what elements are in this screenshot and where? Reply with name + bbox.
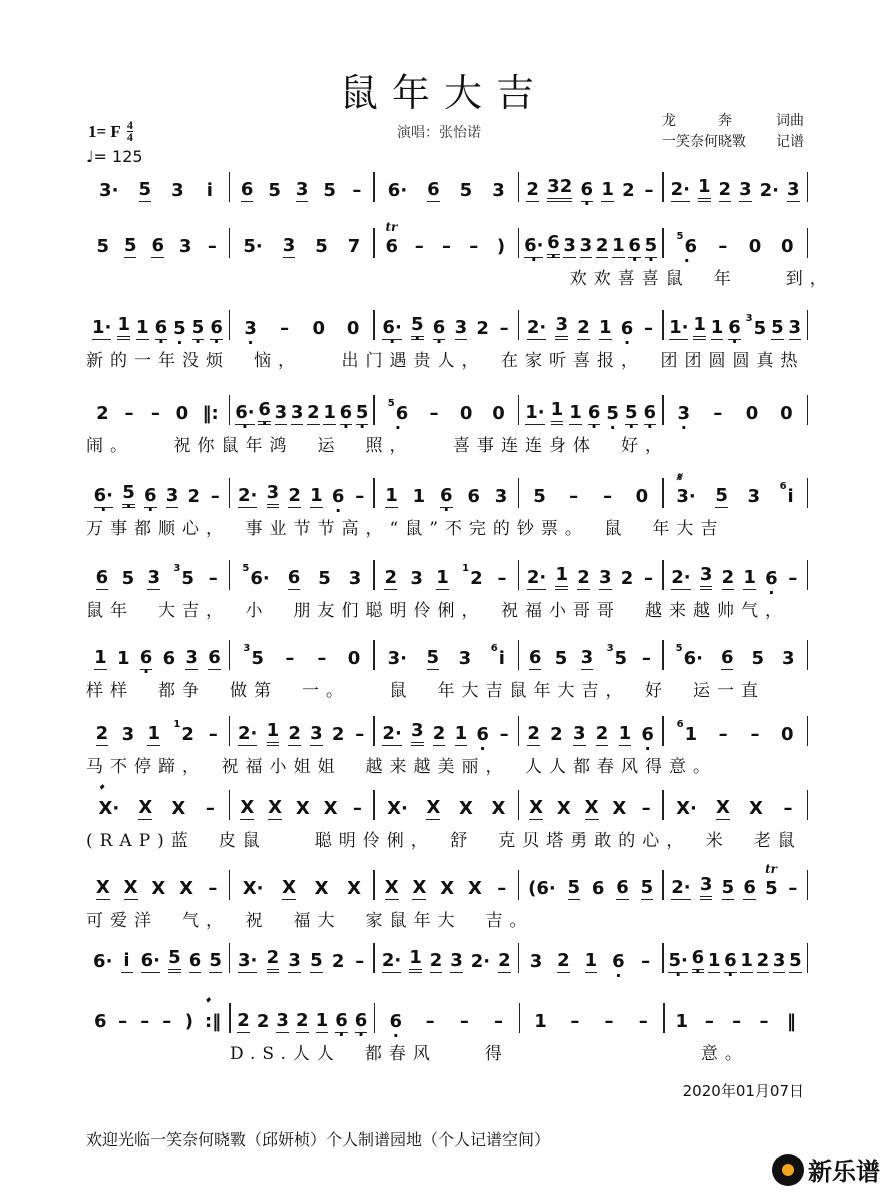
- note: 12: [173, 724, 194, 746]
- note: 3: [283, 235, 296, 258]
- note: 2: [719, 179, 732, 202]
- note: 3: [122, 724, 135, 746]
- measure: 5––0: [519, 486, 662, 508]
- note: 6i̇: [780, 486, 794, 508]
- note: –: [703, 1011, 715, 1033]
- note: 1: [612, 235, 625, 258]
- note: 1: [436, 567, 449, 590]
- note: 6: [616, 877, 629, 900]
- note: 5: [460, 180, 473, 202]
- measure: 1·1163553: [664, 314, 807, 340]
- note: 2: [237, 1010, 250, 1033]
- song-title: 鼠年大吉: [0, 62, 888, 117]
- vinyl-disc-icon: [772, 1154, 804, 1186]
- note: 2: [96, 723, 109, 746]
- lyrics-line: 可爱洋 气， 祝 福大 家鼠年大 吉。: [86, 906, 808, 932]
- note: 3: [166, 485, 179, 508]
- staff-line: 2––0‖:6·633216556–001·1165563–00闹。 祝你鼠年鸿…: [86, 395, 808, 457]
- note: –: [123, 403, 135, 425]
- notation-row: 1·1165563–006·5632–2·3216–1·1163553: [86, 310, 808, 340]
- barline: [807, 870, 809, 900]
- note: 2·: [671, 179, 690, 202]
- note: 5: [315, 236, 328, 258]
- barline: [807, 790, 809, 820]
- note: –: [637, 1011, 649, 1033]
- note: 2: [307, 402, 320, 425]
- note: 2·: [671, 877, 690, 900]
- note: 5: [751, 648, 764, 670]
- notation-row: 5563–5·3576tr–––)6·633216556–00: [86, 228, 808, 258]
- note: 5: [168, 947, 181, 973]
- measure: 2232166: [231, 1010, 374, 1033]
- note: 2: [296, 1010, 309, 1033]
- staff-line: XXXX–X·XXXXXXX–(6·56652·3565tr–可爱洋 气， 祝 …: [86, 870, 808, 932]
- note: 1: [147, 723, 160, 746]
- measure: 6535–: [230, 179, 373, 202]
- note: X: [296, 798, 310, 820]
- measure: 2·1232·2: [375, 947, 518, 973]
- note: 6: [155, 317, 168, 340]
- note: 5: [568, 877, 581, 900]
- note: 6: [433, 317, 446, 340]
- note: 0: [746, 403, 759, 425]
- measure: 3–00: [664, 403, 807, 425]
- note: 1·: [92, 317, 111, 340]
- barline: [807, 395, 809, 425]
- lyrics-line: 马不停蹄， 祝福小姐姐 越来越美丽， 人人都春风得意。: [86, 752, 808, 778]
- note: 6·: [141, 950, 160, 973]
- note: –: [643, 180, 655, 202]
- note: 3: [267, 482, 280, 508]
- barline: [807, 172, 809, 202]
- note: –: [787, 568, 799, 590]
- note: 6: [765, 568, 778, 590]
- measure: 116636: [86, 647, 229, 670]
- note: 1: [599, 317, 612, 340]
- measure: 2·3216–: [664, 564, 807, 590]
- measure: 3216–: [519, 950, 662, 973]
- footer-note: 欢迎光临一笑奈何晓斁（邱妍桢）个人制谱园地（个人记谱空间）: [86, 1127, 550, 1150]
- note: 5: [356, 402, 369, 425]
- note: X: [557, 798, 571, 820]
- note: 2·: [760, 180, 779, 202]
- measure: 232612–: [519, 176, 662, 202]
- note: 3: [581, 647, 594, 670]
- measure: 56–00: [375, 403, 518, 425]
- transcriber-role: 记谱: [776, 132, 804, 153]
- tempo-marking: ♩= 125: [86, 147, 143, 166]
- note: 0: [460, 403, 473, 425]
- note: 12: [462, 568, 483, 590]
- barline: [807, 943, 809, 973]
- note: 0: [348, 648, 361, 670]
- note: –: [603, 1011, 615, 1033]
- note: 0: [492, 403, 505, 425]
- measure: 6·6332165: [519, 232, 662, 258]
- note: 5: [606, 403, 619, 425]
- note: 5: [96, 236, 109, 258]
- note: 3: [700, 564, 713, 590]
- note: –: [458, 1011, 470, 1033]
- note: 3: [296, 179, 309, 202]
- measure: 6–––):‖𝄌: [86, 1011, 229, 1033]
- measure: 56·653: [664, 647, 807, 670]
- note: 1: [585, 950, 598, 973]
- measure: 3·536i̇: [375, 647, 518, 670]
- note: 6: [547, 232, 560, 258]
- measure: 2·3216–: [375, 720, 518, 746]
- note: 3: [789, 317, 802, 340]
- note: 6·: [382, 317, 401, 340]
- note: 5: [625, 402, 638, 425]
- note: 2: [288, 723, 301, 746]
- note: 1: [743, 567, 756, 590]
- measure: X·XX–: [664, 797, 807, 820]
- staff-line: 1·1165563–006·5632–2·3216–1·1163553新的一年没…: [86, 310, 808, 372]
- note: 1: [316, 1010, 329, 1033]
- note: 6·: [388, 180, 407, 202]
- note: 2: [430, 950, 443, 973]
- measure: 2·3565tr–: [664, 874, 807, 900]
- note: 6: [151, 235, 164, 258]
- note: 56·: [242, 568, 269, 590]
- note: 1: [698, 176, 711, 202]
- note: 5: [318, 568, 331, 590]
- note: X: [426, 797, 440, 820]
- note: –: [758, 1011, 770, 1033]
- note: 5: [139, 179, 152, 202]
- note: X: [585, 797, 599, 820]
- note: X·𝄌: [99, 798, 120, 820]
- note: –: [279, 318, 291, 340]
- note: 1: [267, 720, 280, 746]
- note: 3: [349, 568, 362, 590]
- note: –: [492, 1011, 504, 1033]
- notation-row: 65335–56·65323112–2·1232–2·3216–: [86, 560, 808, 590]
- staff-line: 6·i̇6·5653·2352–2·1232·23216–5·6161235: [86, 943, 808, 1005]
- note: 6: [335, 1010, 348, 1033]
- note: 6: [728, 317, 741, 340]
- coda-mark: 𝄌: [99, 778, 103, 800]
- staff-line: 3·53i̇6535–6·653232612–2·1232·3: [86, 172, 808, 234]
- note: 35: [173, 568, 194, 590]
- note: X: [385, 877, 399, 900]
- note: 6: [724, 950, 737, 973]
- note: 2·: [471, 951, 490, 973]
- note: 3: [787, 179, 800, 202]
- note: 6: [476, 724, 489, 746]
- note: –: [413, 236, 425, 258]
- note: 2·: [671, 567, 690, 590]
- measure: 56–00: [664, 236, 807, 258]
- note: ‖:: [203, 403, 219, 425]
- note: 0: [636, 486, 649, 508]
- note: X: [268, 797, 282, 820]
- note: 1: [711, 317, 724, 340]
- note: 1: [323, 402, 336, 425]
- note: 3: [310, 723, 323, 746]
- note: –: [354, 486, 366, 508]
- note: 2: [550, 724, 563, 746]
- note: 2·: [527, 317, 546, 340]
- lyricist-composer-name: 龙 奔: [662, 111, 732, 132]
- note: X: [124, 877, 138, 900]
- note: 6: [621, 318, 634, 340]
- measure: 6·6332165: [230, 399, 373, 425]
- note: 5: [411, 314, 424, 340]
- barline: [807, 310, 809, 340]
- note: 5: [533, 486, 546, 508]
- note: –: [643, 568, 655, 590]
- note: 5: [789, 950, 802, 973]
- note: 6: [208, 647, 221, 670]
- measure: 223216: [519, 723, 662, 746]
- note: –: [354, 724, 366, 746]
- note: –: [787, 878, 799, 900]
- note: 6: [440, 485, 453, 508]
- note: 7: [348, 236, 361, 258]
- note: –: [731, 1011, 743, 1033]
- barline: [807, 716, 809, 746]
- note: 1: [136, 317, 149, 340]
- note: 6: [94, 1011, 107, 1033]
- note: –: [569, 1011, 581, 1033]
- measure: XXXX–: [230, 797, 373, 820]
- staff-line: 5563–5·3576tr–––)6·633216556–00 欢欢喜喜鼠 年 …: [86, 228, 808, 290]
- note: 3: [410, 568, 423, 590]
- note: 2: [577, 317, 590, 340]
- note: 3: [459, 648, 472, 670]
- note: 3: [179, 236, 192, 258]
- note: 1: [569, 402, 582, 425]
- note: (6·: [528, 878, 556, 900]
- note: 3: [739, 179, 752, 202]
- key-label: 1= F: [88, 122, 121, 142]
- note: 2: [332, 724, 345, 746]
- note: 35: [607, 648, 628, 670]
- note: 6: [340, 402, 353, 425]
- note: 3: [450, 950, 463, 973]
- measure: XXXX–: [519, 797, 662, 820]
- measure: 2·1232–: [230, 720, 373, 746]
- staff-line: X·𝄌XX–XXXX–X·XXXXXXX–X·XX–(RAP)蓝 皮鼠 聪明伶俐…: [86, 790, 808, 852]
- measure: 1·116556: [519, 399, 662, 425]
- note: –: [207, 878, 219, 900]
- note: –: [139, 1011, 151, 1033]
- note: X: [529, 797, 543, 820]
- note: X: [324, 798, 338, 820]
- note: –: [712, 403, 724, 425]
- note: 3: [773, 950, 786, 973]
- note: 6: [588, 402, 601, 425]
- measure: 2––0‖:: [86, 403, 229, 425]
- measure: 61––0: [664, 724, 807, 746]
- note: –: [207, 724, 219, 746]
- note: 1: [708, 950, 721, 973]
- measure: 6tr–––): [375, 236, 518, 258]
- note: 6: [210, 317, 223, 340]
- logo-text: 新乐谱: [808, 1152, 880, 1187]
- measure: 6·653: [375, 179, 518, 202]
- note: 6: [612, 951, 625, 973]
- note: 2: [332, 951, 345, 973]
- note: –: [161, 1011, 173, 1033]
- measure: 56·653: [230, 567, 373, 590]
- notation-row: 6·i̇6·5653·2352–2·1232·23216–5·6161235: [86, 943, 808, 973]
- note: 1: [534, 1011, 547, 1033]
- note: –: [468, 236, 480, 258]
- measure: 6·5632–: [86, 482, 229, 508]
- note: 3·: [388, 648, 407, 670]
- note: 1: [117, 648, 130, 670]
- note: 3: [171, 180, 184, 202]
- lyrics-line: (RAP)蓝 皮鼠 聪明伶俐， 舒 克贝塔勇敢的心， 米 老鼠: [86, 826, 808, 852]
- note: –: [204, 798, 216, 820]
- note: 6·: [524, 235, 543, 258]
- note: X: [459, 798, 473, 820]
- note: –: [207, 568, 219, 590]
- note: ): [183, 1011, 195, 1033]
- note: 2·: [382, 950, 401, 973]
- measure: 5563–: [86, 235, 229, 258]
- lyrics-line: D.S.人人 都春风 得 意。: [86, 1039, 808, 1065]
- note: X: [749, 798, 763, 820]
- site-logo[interactable]: 新乐谱: [772, 1152, 880, 1187]
- note: –: [717, 724, 729, 746]
- note: 1·: [525, 402, 544, 425]
- measure: 11663: [375, 485, 518, 508]
- note: 5: [122, 482, 135, 508]
- measure: 3·𝄋536i̇: [664, 485, 807, 508]
- notation-row: X·𝄌XX–XXXX–X·XXXXXXX–X·XX–: [86, 790, 808, 820]
- note: X·: [676, 798, 697, 820]
- measure: 5·6161235: [664, 947, 807, 973]
- note: 2: [622, 180, 635, 202]
- note: 6: [743, 877, 756, 900]
- measure: XXXX–: [375, 877, 518, 900]
- note: 1: [117, 314, 130, 340]
- note: X: [171, 798, 185, 820]
- measure: 1–––: [520, 1011, 663, 1033]
- note: X: [440, 878, 454, 900]
- measure: 6–––: [375, 1011, 518, 1033]
- note: 6·: [94, 485, 113, 508]
- note: 2: [577, 567, 590, 590]
- notation-row: 2––0‖:6·633216556–001·1165563–00: [86, 395, 808, 425]
- note: X: [282, 877, 296, 900]
- note: 6: [258, 399, 271, 425]
- note: 6: [241, 179, 254, 202]
- measure: 65335–: [519, 647, 662, 670]
- note: 3: [573, 723, 586, 746]
- note: 2·: [238, 723, 257, 746]
- notation-row: 3·53i̇6535–6·653232612–2·1232·3: [86, 172, 808, 202]
- barline: [807, 640, 809, 670]
- note: 1: [740, 950, 753, 973]
- notation-row: XXXX–X·XXXXXXX–(6·56652·3565tr–: [86, 870, 808, 900]
- note: 2: [757, 950, 770, 973]
- note: –: [428, 403, 440, 425]
- note: 6: [140, 647, 153, 670]
- note: 5tr: [765, 878, 778, 900]
- measure: 2·3216–: [230, 482, 373, 508]
- note: 3: [580, 235, 593, 258]
- note: 1: [94, 647, 107, 670]
- note: 0: [347, 318, 360, 340]
- notation-row: 6–––):‖𝄌22321666–––1–––1–––‖: [86, 1003, 808, 1033]
- note: 2: [96, 403, 109, 425]
- note: 3: [291, 402, 304, 425]
- lyrics-line: 欢欢喜喜鼠 年 到，: [86, 264, 808, 290]
- note: –: [749, 724, 761, 746]
- note: 1·: [669, 317, 688, 340]
- measure: 2·1232·3: [664, 176, 807, 202]
- measure: 2·3216–: [519, 314, 662, 340]
- note: –: [496, 878, 508, 900]
- note: –: [351, 180, 363, 202]
- note: 1: [555, 564, 568, 590]
- note: 5: [122, 568, 135, 590]
- note: 6: [163, 648, 176, 670]
- note: –: [441, 236, 453, 258]
- note: 6·: [235, 402, 254, 425]
- note: 5: [645, 235, 658, 258]
- note: 5: [209, 950, 222, 973]
- staff-line: 11663635––03·536i̇65335–56·653样样 都争 做第 一…: [86, 640, 808, 702]
- measure: 3·2352–: [230, 947, 373, 973]
- note: 1: [601, 179, 614, 202]
- measure: 65335–: [86, 567, 229, 590]
- note: 6: [628, 235, 641, 258]
- measure: XXXX–: [86, 877, 229, 900]
- measure: X·XXX: [375, 797, 518, 820]
- note: –: [117, 1011, 129, 1033]
- measure: 35––0: [230, 648, 373, 670]
- note: –: [782, 798, 794, 820]
- note: 2: [476, 318, 489, 340]
- note: 2: [596, 723, 609, 746]
- note: 6: [96, 567, 109, 590]
- note: 2: [257, 1011, 270, 1033]
- note: 3: [455, 317, 468, 340]
- note: 2: [188, 486, 201, 508]
- tr-mark: tr: [385, 216, 397, 238]
- note: 2: [557, 950, 570, 973]
- note: 3: [530, 951, 543, 973]
- note: 5: [641, 877, 654, 900]
- note: 0: [749, 236, 762, 258]
- measure: 1–––‖: [665, 1011, 808, 1033]
- note: X: [240, 797, 254, 820]
- measure: (6·5665: [519, 877, 662, 900]
- measure: 3·53i̇: [86, 179, 229, 202]
- note: 3: [747, 486, 760, 508]
- note: 2·: [382, 723, 401, 746]
- note: 6: [692, 947, 705, 973]
- note: 3: [555, 314, 568, 340]
- note: X: [96, 877, 110, 900]
- note: 35: [746, 318, 767, 340]
- note: –: [498, 724, 510, 746]
- measure: 6·i̇6·565: [86, 947, 229, 973]
- note: 2: [526, 179, 539, 202]
- note: 6: [529, 647, 542, 670]
- note: 2·: [238, 485, 257, 508]
- notation-row: 11663635––03·536i̇65335–56·653: [86, 640, 808, 670]
- note: 6: [332, 486, 345, 508]
- measure: 23112–: [375, 567, 518, 590]
- note: –: [209, 486, 221, 508]
